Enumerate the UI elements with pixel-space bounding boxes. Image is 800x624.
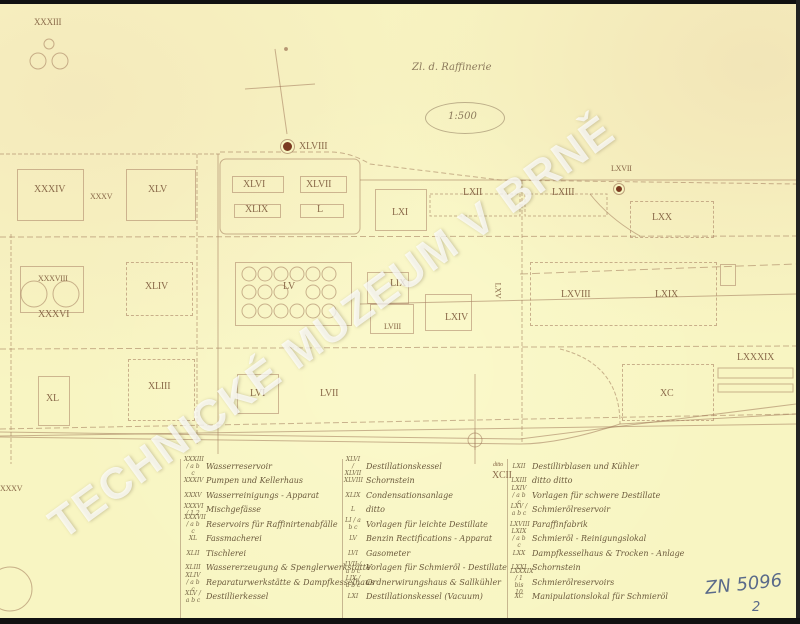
legend-text: ditto ditto: [532, 476, 572, 485]
legend-text: Destillationskessel: [366, 462, 442, 471]
legend-text: Wasserreservoir: [206, 462, 272, 471]
legend-table: XXXIII / a b cWasserreservoir XXXIVPumpe…: [180, 459, 700, 618]
building-xlv: [126, 169, 196, 221]
label-xl: XL: [46, 393, 59, 404]
legend-number: XXXV: [184, 492, 202, 499]
annotation-title: Zl. d. Raffinerie: [412, 62, 492, 73]
label-lxx: LXX: [652, 212, 672, 223]
label-xlv: XLV: [148, 184, 167, 195]
legend-text: Vorlagen für schwere Destillate: [532, 491, 660, 500]
legend-text: Condensationsanlage: [366, 491, 453, 500]
label-xliv: XLIV: [145, 281, 168, 292]
legend-number: LVI: [344, 550, 362, 557]
legend-text: Vorlagen für Schmieröl - Destillate: [366, 563, 507, 572]
legend-text: Tischlerei: [206, 549, 246, 558]
label-lxi: LXI: [392, 207, 408, 218]
scan-border-right: [796, 0, 800, 624]
legend-row: XLVI / XLVIIDestillationskessel: [344, 459, 507, 474]
legend-text: Wasserreinigungs - Apparat: [206, 491, 319, 500]
legend-column-3: LXIIDestillirblasen und Kühler LXIIIditt…: [510, 459, 684, 604]
legend-text: Pumpen und Kellerhaus: [206, 476, 303, 485]
label-lxviii: LXVIII: [561, 289, 590, 300]
legend-row: LVBenzin Rectifications - Apparat: [344, 532, 507, 547]
label-lxix: LXIX: [655, 289, 678, 300]
legend-divider: [342, 459, 343, 618]
legend-text: Reservoirs für Raffinirtenabfälle: [206, 520, 338, 529]
legend-text: Schmierölreservoirs: [532, 578, 614, 587]
legend-text: Benzin Rectifications - Apparat: [366, 534, 492, 543]
legend-row: LXIIIditto ditto: [510, 474, 684, 489]
label-lxvii: LXVII: [611, 164, 632, 173]
legend-row: LXXISchornstein: [510, 561, 684, 576]
legend-number: LXIX / a b c: [510, 528, 528, 549]
legend-row: LXIX / a b cSchmieröl - Reinigungslokal: [510, 532, 684, 547]
legend-text: Destillationskessel (Vacuum): [366, 592, 483, 601]
legend-number: LXI: [344, 593, 362, 600]
scale-oval: 1:500: [425, 102, 505, 134]
legend-text: Fassmacherei: [206, 534, 262, 543]
scale-text: 1:500: [448, 111, 477, 122]
legend-row: XLIXCondensationsanlage: [344, 488, 507, 503]
legend-row: LXVIIIParaffinfabrik: [510, 517, 684, 532]
legend-row: LXIIDestillirblasen und Kühler: [510, 459, 684, 474]
legend-row: LIX / a b cOrdnerwirungshaus & Sallkühle…: [344, 575, 507, 590]
building-xxxiv: [17, 169, 84, 221]
legend-number: LXII: [510, 463, 528, 470]
legend-number: L: [344, 506, 362, 513]
legend-number: LIX / a b c: [344, 575, 362, 589]
legend-text: Destillirblasen und Kühler: [532, 462, 639, 471]
legend-text: Mischgefässe: [206, 505, 261, 514]
legend-number: LI / a b c: [344, 517, 362, 531]
legend-row: LXIV / a b cVorlagen für schwere Destill…: [510, 488, 684, 503]
label-xlviii: XLVIII: [299, 141, 327, 152]
label-xc: XC: [660, 388, 674, 399]
label-lxv: LXV: [493, 283, 502, 299]
legend-text: Schmieröl - Reinigungslokal: [532, 534, 646, 543]
legend-number: XC: [510, 593, 528, 600]
label-xlvi: XLVI: [243, 179, 265, 190]
legend-row: XLVIIISchornstein: [344, 474, 507, 489]
legend-divider: [507, 459, 508, 618]
legend-text: Schornstein: [366, 476, 415, 485]
legend-number: XLVI / XLVII: [344, 456, 362, 477]
label-xlvii: XLVII: [306, 179, 331, 190]
label-xxxviii: XXXVIII: [38, 274, 68, 283]
legend-row: LVII / a b cVorlagen für Schmieröl - Des…: [344, 561, 507, 576]
legend-divider: [180, 459, 181, 618]
legend-number: XLIII: [184, 564, 202, 571]
label-xxxv-left: XXXV: [0, 484, 22, 493]
legend-row: LVIGasometer: [344, 546, 507, 561]
legend-number: XXXIV: [184, 477, 202, 484]
legend-number: XLV / a b c: [184, 590, 202, 604]
label-lxiv: LXIV: [445, 312, 468, 323]
legend-number: LXVIII: [510, 521, 528, 528]
legend-text: Schornstein: [532, 563, 581, 572]
label-xliii: XLIII: [148, 381, 170, 392]
legend-number: LV: [344, 535, 362, 542]
legend-number: XLIX: [344, 492, 362, 499]
legend-row: LXXDampfkesselhaus & Trocken - Anlage: [510, 546, 684, 561]
building-lxx: [630, 201, 714, 238]
label-lxxxix: LXXXIX: [737, 352, 774, 363]
legend-number: LXV / a b c: [510, 503, 528, 517]
legend-text: Destillierkessel: [206, 592, 268, 601]
label-l: L: [317, 204, 323, 215]
legend-row: Lditto: [344, 503, 507, 518]
legend-number: LXXXIX / 1 bis 10: [510, 568, 528, 596]
legend-row: XCManipulationslokal für Schmieröl: [510, 590, 684, 605]
legend-text: Schmierölreservoir: [532, 505, 610, 514]
legend-row: LXV / a b cSchmierölreservoir: [510, 503, 684, 518]
legend-text: Gasometer: [366, 549, 410, 558]
building-lxviii-lxix: [530, 262, 717, 326]
label-xxxvi: XXXVI: [38, 309, 69, 320]
label-lv: LV: [283, 281, 295, 292]
building-small-annex: [720, 264, 736, 286]
legend-number: XXXVII / a b c: [184, 514, 202, 535]
legend-number: XLII: [184, 550, 202, 557]
legend-number: XL: [184, 535, 202, 542]
legend-text: Dampfkesselhaus & Trocken - Anlage: [532, 549, 684, 558]
legend-number: XLVIII: [344, 477, 362, 484]
legend-column-2: XLVI / XLVIIDestillationskessel XLVIIISc…: [344, 459, 507, 604]
legend-number: LXX: [510, 550, 528, 557]
legend-text: Vorlagen für leichte Destillate: [366, 520, 488, 529]
legend-number: LXIII: [510, 477, 528, 484]
legend-text: Ordnerwirungshaus & Sallkühler: [366, 578, 501, 587]
legend-row: LXIDestillationskessel (Vacuum): [344, 590, 507, 605]
legend-text: Manipulationslokal für Schmieröl: [532, 592, 668, 601]
legend-row: LI / a b cVorlagen für leichte Destillat…: [344, 517, 507, 532]
legend-row: LXXXIX / 1 bis 10Schmierölreservoirs: [510, 575, 684, 590]
chimney-marker-lxvii: [614, 184, 624, 194]
sheet-number: 2: [752, 600, 760, 615]
map-sheet: XXXIII XXXIV XXXV XLV XLVI XLVII XLVIII …: [0, 4, 796, 618]
label-xxxv: XXXV: [90, 192, 112, 201]
label-xlix: XLIX: [245, 204, 268, 215]
legend-number: LVII / a b c: [344, 561, 362, 575]
legend-text: ditto: [366, 505, 385, 514]
legend-text: Paraffinfabrik: [532, 520, 588, 529]
label-xxxiii: XXXIII: [34, 17, 61, 27]
chimney-marker-xlviii: [281, 140, 294, 153]
label-lvii: LVII: [320, 388, 338, 399]
scan-border-bottom: [0, 618, 800, 624]
label-xxxiv: XXXIV: [34, 184, 65, 195]
label-lviii: LVIII: [384, 322, 401, 331]
